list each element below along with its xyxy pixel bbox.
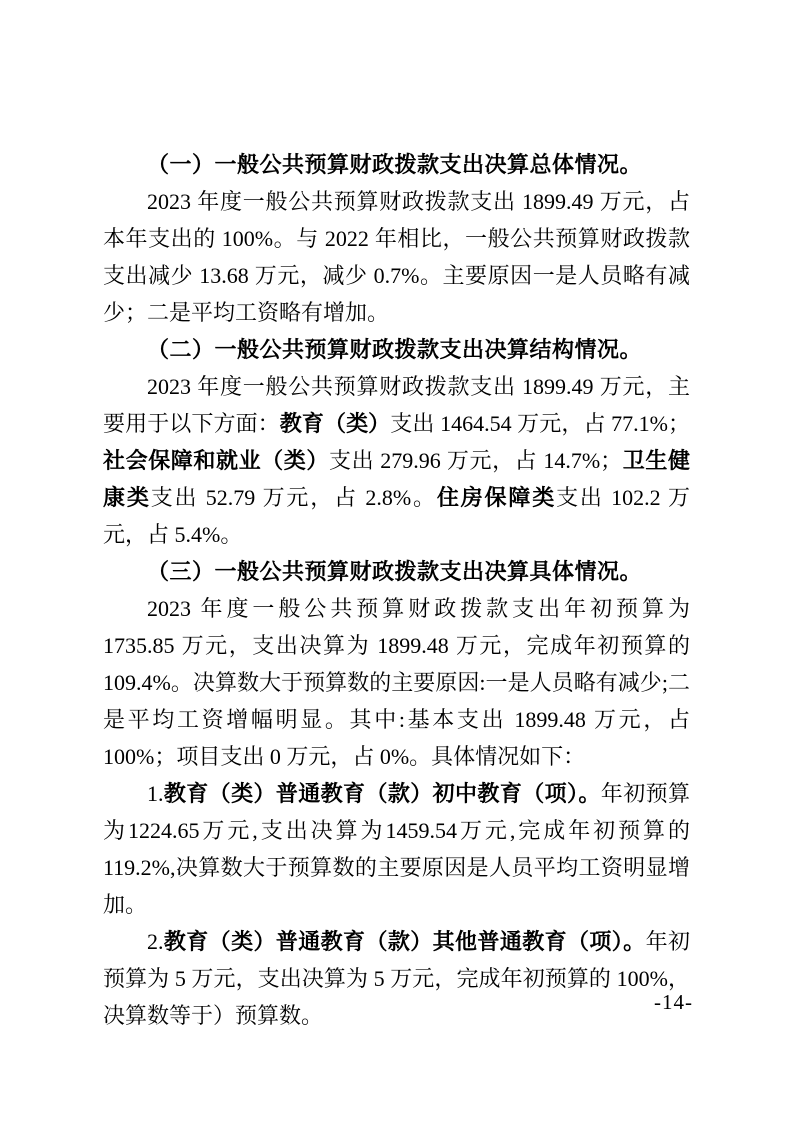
bold-text-segment: （二）一般公共预算财政拨款支出决算结构情况。	[147, 337, 642, 362]
text-segment: 2023 年度一般公共预算财政拨款支出年初预算为 1735.85 万元，支出决算…	[103, 596, 690, 769]
text-segment: 支出 52.79 万元，占 2.8%。	[151, 485, 437, 510]
paragraph: 2023 年度一般公共预算财政拨款支出 1899.49 万元，主要用于以下方面：…	[103, 368, 690, 553]
document-body: （一）一般公共预算财政拨款支出决算总体情况。2023 年度一般公共预算财政拨款支…	[103, 146, 690, 1034]
bold-text-segment: 教育（类）	[280, 411, 391, 436]
paragraph: 2023 年度一般公共预算财政拨款支出年初预算为 1735.85 万元，支出决算…	[103, 590, 690, 775]
paragraph: 2.教育（类）普通教育（款）其他普通教育（项）。年初预算为 5 万元，支出决算为…	[103, 923, 690, 1034]
page-number: -14-	[654, 990, 693, 1014]
text-segment: 1.	[147, 781, 164, 806]
paragraph: 1.教育（类）普通教育（款）初中教育（项）。年初预算为1224.65万元,支出决…	[103, 775, 690, 923]
section-heading: （一）一般公共预算财政拨款支出决算总体情况。	[103, 146, 690, 183]
document-page: （一）一般公共预算财政拨款支出决算总体情况。2023 年度一般公共预算财政拨款支…	[0, 0, 793, 1122]
bold-text-segment: 教育（类）普通教育（款）其他普通教育（项）。	[164, 929, 646, 954]
bold-text-segment: 社会保障和就业（类）	[103, 448, 329, 473]
section-heading: （二）一般公共预算财政拨款支出决算结构情况。	[103, 331, 690, 368]
text-segment: 2.	[147, 929, 164, 954]
section-heading: （三）一般公共预算财政拨款支出决算具体情况。	[103, 553, 690, 590]
text-segment: 2023 年度一般公共预算财政拨款支出 1899.49 万元，占本年支出的 10…	[103, 189, 690, 325]
text-segment: 支出 1464.54 万元，占 77.1%；	[390, 411, 690, 436]
bold-text-segment: （三）一般公共预算财政拨款支出决算具体情况。	[147, 559, 642, 584]
bold-text-segment: 教育（类）普通教育（款）初中教育（项）。	[164, 781, 601, 806]
bold-text-segment: （一）一般公共预算财政拨款支出决算总体情况。	[147, 152, 642, 177]
text-segment: 支出 279.96 万元，占 14.7%；	[329, 448, 622, 473]
paragraph: 2023 年度一般公共预算财政拨款支出 1899.49 万元，占本年支出的 10…	[103, 183, 690, 331]
bold-text-segment: 住房保障类	[437, 485, 556, 510]
